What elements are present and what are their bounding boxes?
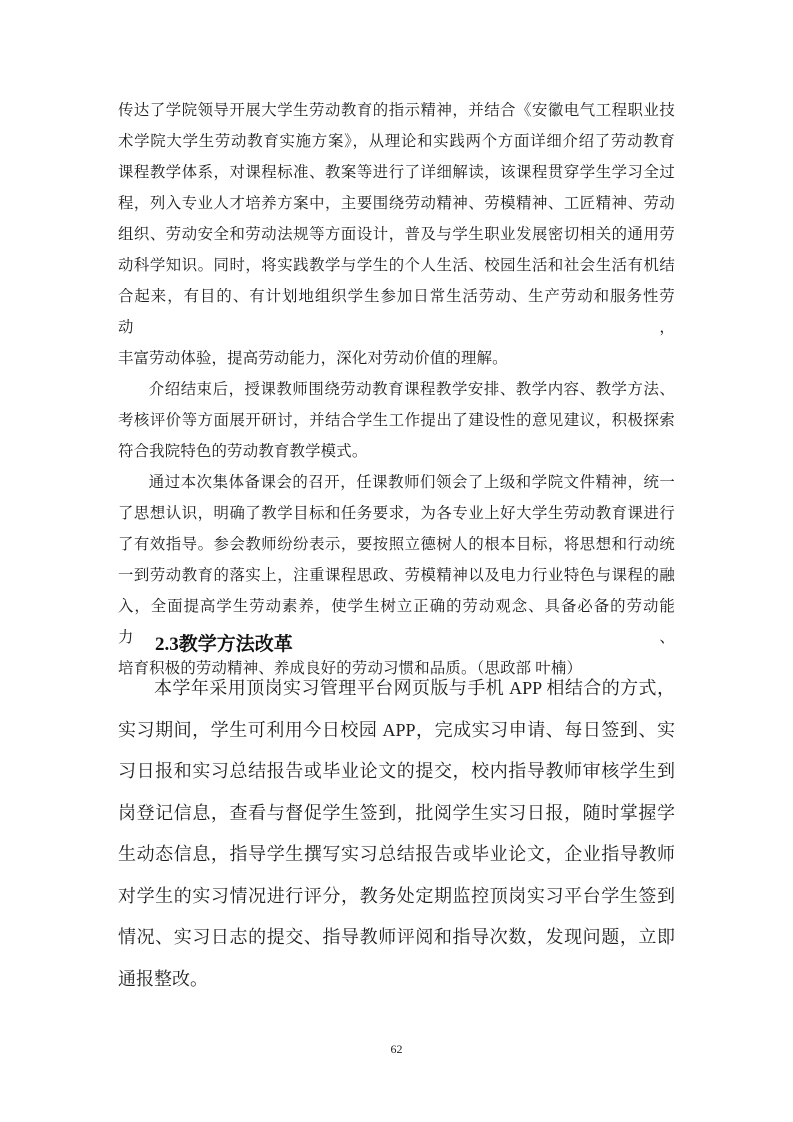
text-line: 生动态信息，指导学生撰写实习总结报告或毕业论文，企业指导教师 bbox=[118, 834, 675, 876]
text-line: 动科学知识。同时，将实践教学与学生的个人生活、校园生活和社会生活有机结 bbox=[118, 250, 675, 281]
document-page: 传达了学院领导开展大学生劳动教育的指示精神，并结合《安徽电气工程职业技 术学院大… bbox=[0, 0, 793, 1122]
paragraph-2: 介绍结束后，授课教师围绕劳动教育课程教学安排、教学内容、教学方法、 考核评价等方… bbox=[118, 374, 675, 467]
text-line: 本学年采用顶岗实习管理平台网页版与手机 APP 相结合的方式， bbox=[118, 668, 675, 710]
text-line: 情况、实习日志的提交、指导教师评阅和指导次数，发现问题，立即 bbox=[118, 917, 675, 959]
page-number: 62 bbox=[0, 1041, 793, 1057]
text-line: 通报整改。 bbox=[118, 959, 675, 1001]
text-line: 考核评价等方面展开研讨，并结合学生工作提出了建设性的意见建议，积极探索 bbox=[118, 405, 675, 436]
text-line: 了有效指导。参会教师纷纷表示，要按照立德树人的根本目标，将思想和行动统 bbox=[118, 529, 675, 560]
text-line: 通过本次集体备课会的召开，任课教师们领会了上级和学院文件精神，统一 bbox=[118, 467, 675, 498]
section-heading: 2.3教学方法改革 bbox=[118, 631, 712, 658]
text-line: 对学生的实习情况进行评分，教务处定期监控顶岗实习平台学生签到 bbox=[118, 876, 675, 918]
paragraph-1: 传达了学院领导开展大学生劳动教育的指示精神，并结合《安徽电气工程职业技 术学院大… bbox=[118, 95, 675, 374]
text-line: 了思想认识，明确了教学目标和任务要求，为各专业上好大学生劳动教育课进行 bbox=[118, 498, 675, 529]
text-line: 课程教学体系，对课程标准、教案等进行了详细解读，该课程贯穿学生学习全过 bbox=[118, 157, 675, 188]
text-line: 符合我院特色的劳动教育教学模式。 bbox=[118, 436, 675, 467]
text-line: 介绍结束后，授课教师围绕劳动教育课程教学安排、教学内容、教学方法、 bbox=[118, 374, 675, 405]
text-line: 丰富劳动体验，提高劳动能力，深化对劳动价值的理解。 bbox=[118, 343, 675, 374]
text-line: 组织、劳动安全和劳动法规等方面设计，普及与学生职业发展密切相关的通用劳 bbox=[118, 219, 675, 250]
text-line: 传达了学院领导开展大学生劳动教育的指示精神，并结合《安徽电气工程职业技 bbox=[118, 95, 675, 126]
text-line: 习日报和实习总结报告或毕业论文的提交，校内指导教师审核学生到 bbox=[118, 751, 675, 793]
text-line: 岗登记信息，查看与督促学生签到，批阅学生实习日报，随时掌握学 bbox=[118, 793, 675, 835]
text-line: 实习期间，学生可利用今日校园 APP，完成实习申请、每日签到、实 bbox=[118, 710, 675, 752]
text-line: 程，列入专业人才培养方案中，主要围绕劳动精神、劳模精神、工匠精神、劳动 bbox=[118, 188, 675, 219]
paragraph-4: 本学年采用顶岗实习管理平台网页版与手机 APP 相结合的方式， 实习期间，学生可… bbox=[118, 668, 675, 1000]
text-line: 术学院大学生劳动教育实施方案》，从理论和实践两个方面详细介绍了劳动教育 bbox=[118, 126, 675, 157]
text-line: 一到劳动教育的落实上，注重课程思政、劳模精神以及电力行业特色与课程的融 bbox=[118, 560, 675, 591]
text-line: 合起来，有目的、有计划地组织学生参加日常生活劳动、生产劳动和服务性劳动， bbox=[118, 281, 675, 343]
body-text-block: 传达了学院领导开展大学生劳动教育的指示精神，并结合《安徽电气工程职业技 术学院大… bbox=[118, 95, 675, 684]
